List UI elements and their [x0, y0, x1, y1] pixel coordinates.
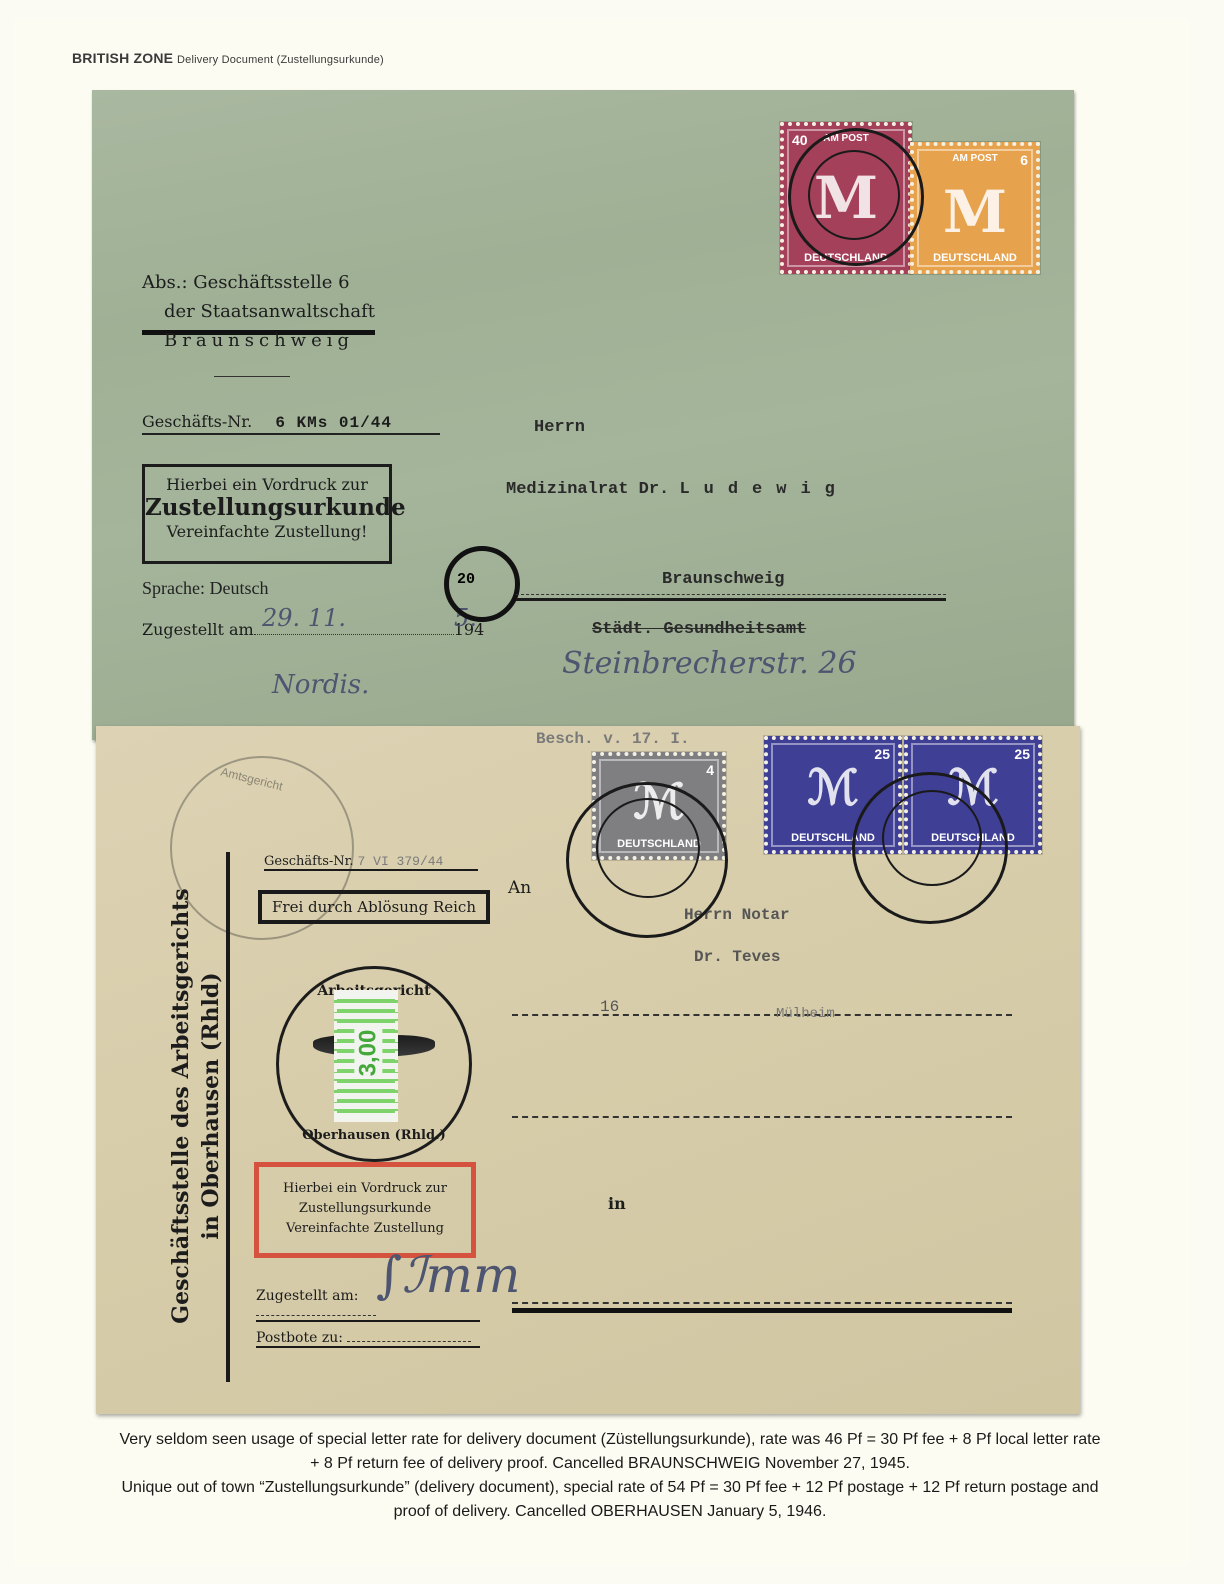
reference-number: Geschäfts-Nr.7 VI 379/44: [264, 854, 478, 871]
divider: [214, 376, 290, 377]
in-label: in: [608, 1194, 626, 1213]
stamp-header: AM POST: [914, 153, 1036, 164]
page-header: BRITISH ZONE Delivery Document (Zustellu…: [72, 50, 384, 66]
postbote-label: Postbote zu:: [256, 1330, 343, 1346]
house-number: 16: [600, 998, 619, 1016]
reference-label: Geschäfts-Nr.: [142, 412, 252, 431]
circle-number-text: 20: [457, 571, 475, 588]
seal-bottom-text: Oberhausen (Rhld.): [279, 1128, 469, 1143]
delivered-label: Zugestellt am:: [256, 1288, 358, 1304]
stamp-value: 25: [874, 746, 890, 762]
sender-address: Abs.: Geschäftsstelle 6 der Staatsanwalt…: [142, 268, 375, 335]
notice-line: Hierbei ein Vordruck zur: [145, 475, 389, 494]
recipient-city: Braunschweig: [662, 570, 784, 589]
frei-durch-box: Frei durch Ablösung Reich: [258, 890, 490, 924]
stamp-value: 4: [706, 762, 714, 778]
recipient-city: Mülheim: [776, 1006, 835, 1022]
circled-number: 20: [444, 546, 520, 622]
caption-line: Very seldom seen usage of special letter…: [30, 1428, 1190, 1452]
caption-line: + 8 Pf return fee of delivery proof. Can…: [30, 1452, 1190, 1476]
address-rule: [516, 594, 946, 601]
notice-line: Vereinfachte Zustellung!: [145, 522, 389, 541]
handwritten-signature: ∫ℐmm: [376, 1246, 520, 1304]
postmark-inner-ring: [596, 798, 700, 898]
fee-value: 3,00: [354, 1028, 382, 1079]
vertical-sender-text: Geschäftsstelle des Arbeitsgerichts in O…: [166, 836, 226, 1376]
notice-title: Zustellungsurkunde: [145, 494, 389, 522]
vertical-line: Geschäftsstelle des Arbeitsgerichts: [166, 836, 196, 1376]
address-line: [512, 1116, 1012, 1118]
postmark-inner-ring: [808, 150, 900, 240]
fee-stamp: 3,00: [334, 990, 398, 1122]
cover-braunschweig: Abs.: Geschäftsstelle 6 der Staatsanwalt…: [92, 90, 1074, 740]
recipient-name: Medizinalrat Dr. Ludewig: [506, 480, 849, 499]
red-notice-box: Hierbei ein Vordruck zur Zustellungsurku…: [254, 1162, 476, 1258]
reference-value: 6 KMs 01/44: [275, 414, 392, 432]
stamp-6pf: 6 AM POST M DEUTSCHLAND: [910, 142, 1040, 274]
postman-field: Postbote zu:: [256, 1330, 480, 1348]
delivery-notice-box: Hierbei ein Vordruck zur Zustellungsurku…: [142, 464, 392, 564]
vertical-line: in Oberhausen (Rhld): [196, 836, 226, 1376]
address-line: [512, 1302, 1012, 1313]
reference-value: 7 VI 379/44: [358, 854, 444, 869]
postmark-inner-ring: [882, 790, 982, 886]
recipient-line: Dr. Teves: [694, 948, 780, 966]
sender-line: der Staatsanwaltschaft: [142, 297, 375, 326]
handwritten-street: Steinbrecherstr. 26: [562, 646, 857, 681]
sender-line: Abs.: Geschäftsstelle 6: [142, 268, 375, 297]
ghost-stamp-text: Amtsgericht: [219, 765, 284, 794]
recipient-title: Medizinalrat Dr.: [506, 480, 669, 499]
dashed-line: [347, 1341, 471, 1342]
caption-line: Unique out of town “Zustellungsurkunde” …: [30, 1476, 1190, 1500]
delivered-label: Zugestellt am: [142, 620, 254, 639]
an-label: An: [508, 878, 531, 898]
dashed-line: [256, 1315, 376, 1316]
stamp-country: DEUTSCHLAND: [914, 252, 1036, 264]
stamp-value: 25: [1014, 746, 1030, 762]
caption-line: proof of delivery. Cancelled OBERHAUSEN …: [30, 1500, 1190, 1524]
reference-number: Geschäfts-Nr. 6 KMs 01/44: [142, 412, 440, 435]
language-label: Sprache: Deutsch: [142, 578, 268, 599]
stamp-m-glyph: M: [914, 183, 1036, 241]
notice-line: Hierbei ein Vordruck zur: [259, 1179, 471, 1199]
vertical-rule: [226, 852, 230, 1382]
handwritten-date: 29. 11.: [262, 604, 346, 632]
vertical-sender: Geschäftsstelle des Arbeitsgerichts in O…: [156, 846, 236, 1386]
dotted-line: [254, 634, 454, 635]
zone-title: BRITISH ZONE: [72, 50, 173, 66]
sender-line: Braunschweig: [142, 326, 375, 335]
caption-oberhausen: Unique out of town “Zustellungsurkunde” …: [30, 1476, 1190, 1524]
notice-line: Vereinfachte Zustellung: [259, 1219, 471, 1239]
page-subtitle: Delivery Document (Zustellungsurkunde): [177, 54, 384, 66]
notice-line: Zustellungsurkunde: [259, 1199, 471, 1219]
reference-label: Geschäfts-Nr.: [264, 854, 354, 869]
handwritten-note: Nordis.: [272, 670, 369, 700]
overlap-text: Besch. v. 17. I.: [536, 730, 690, 748]
caption-braunschweig: Very seldom seen usage of special letter…: [30, 1428, 1190, 1476]
struck-office: Städt. Gesundheitsamt: [592, 620, 806, 639]
recipient-surname: Ludewig: [679, 480, 848, 499]
address-line: [512, 1014, 1012, 1016]
salutation: Herrn: [534, 418, 585, 437]
cover-oberhausen: Besch. v. 17. I. Amtsgericht Geschäftsst…: [96, 726, 1080, 1414]
